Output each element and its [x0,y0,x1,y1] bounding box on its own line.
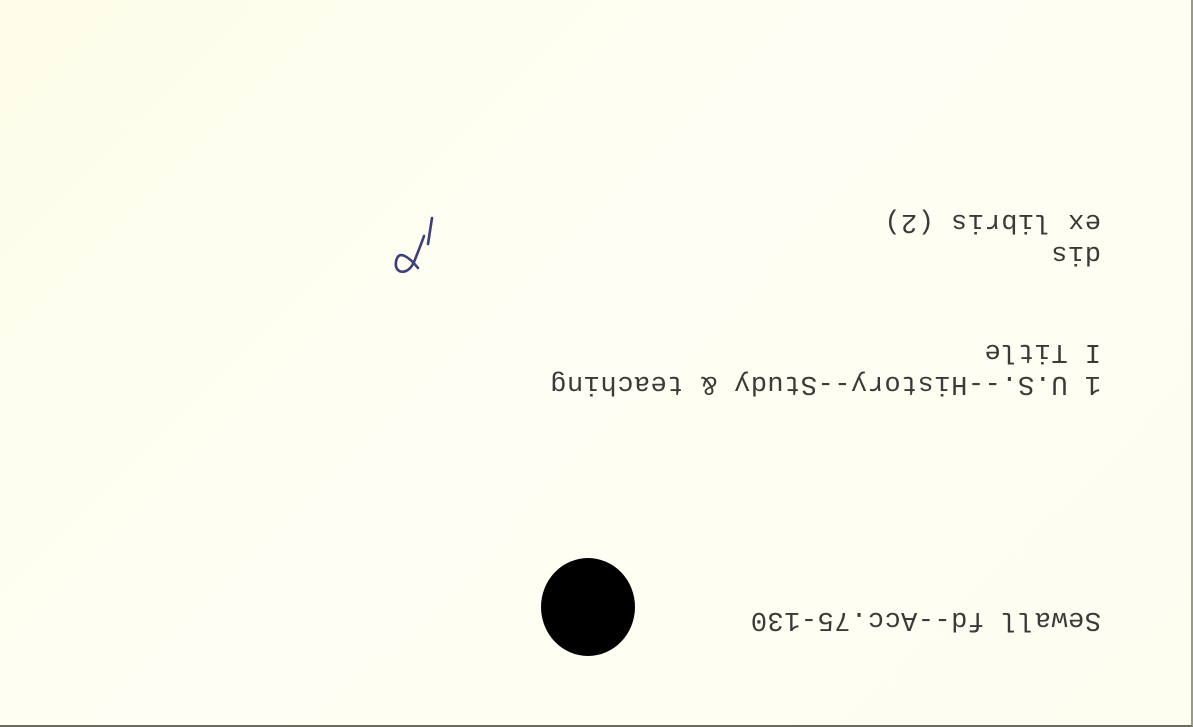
title-tracing: I Title [984,335,1101,367]
subject-tracing: 1 U.S.--History--Study & teaching [550,367,1101,399]
note-dis: dis [1051,237,1101,269]
call-number: Sewall fd--Acc.75-130 [750,603,1101,635]
handwritten-mark-10 [388,210,448,280]
punch-hole [541,558,635,656]
catalog-card: Sewall fd--Acc.75-130 1 U.S.--History--S… [0,0,1193,727]
note-ex-libris: ex libris (2) [884,205,1101,237]
